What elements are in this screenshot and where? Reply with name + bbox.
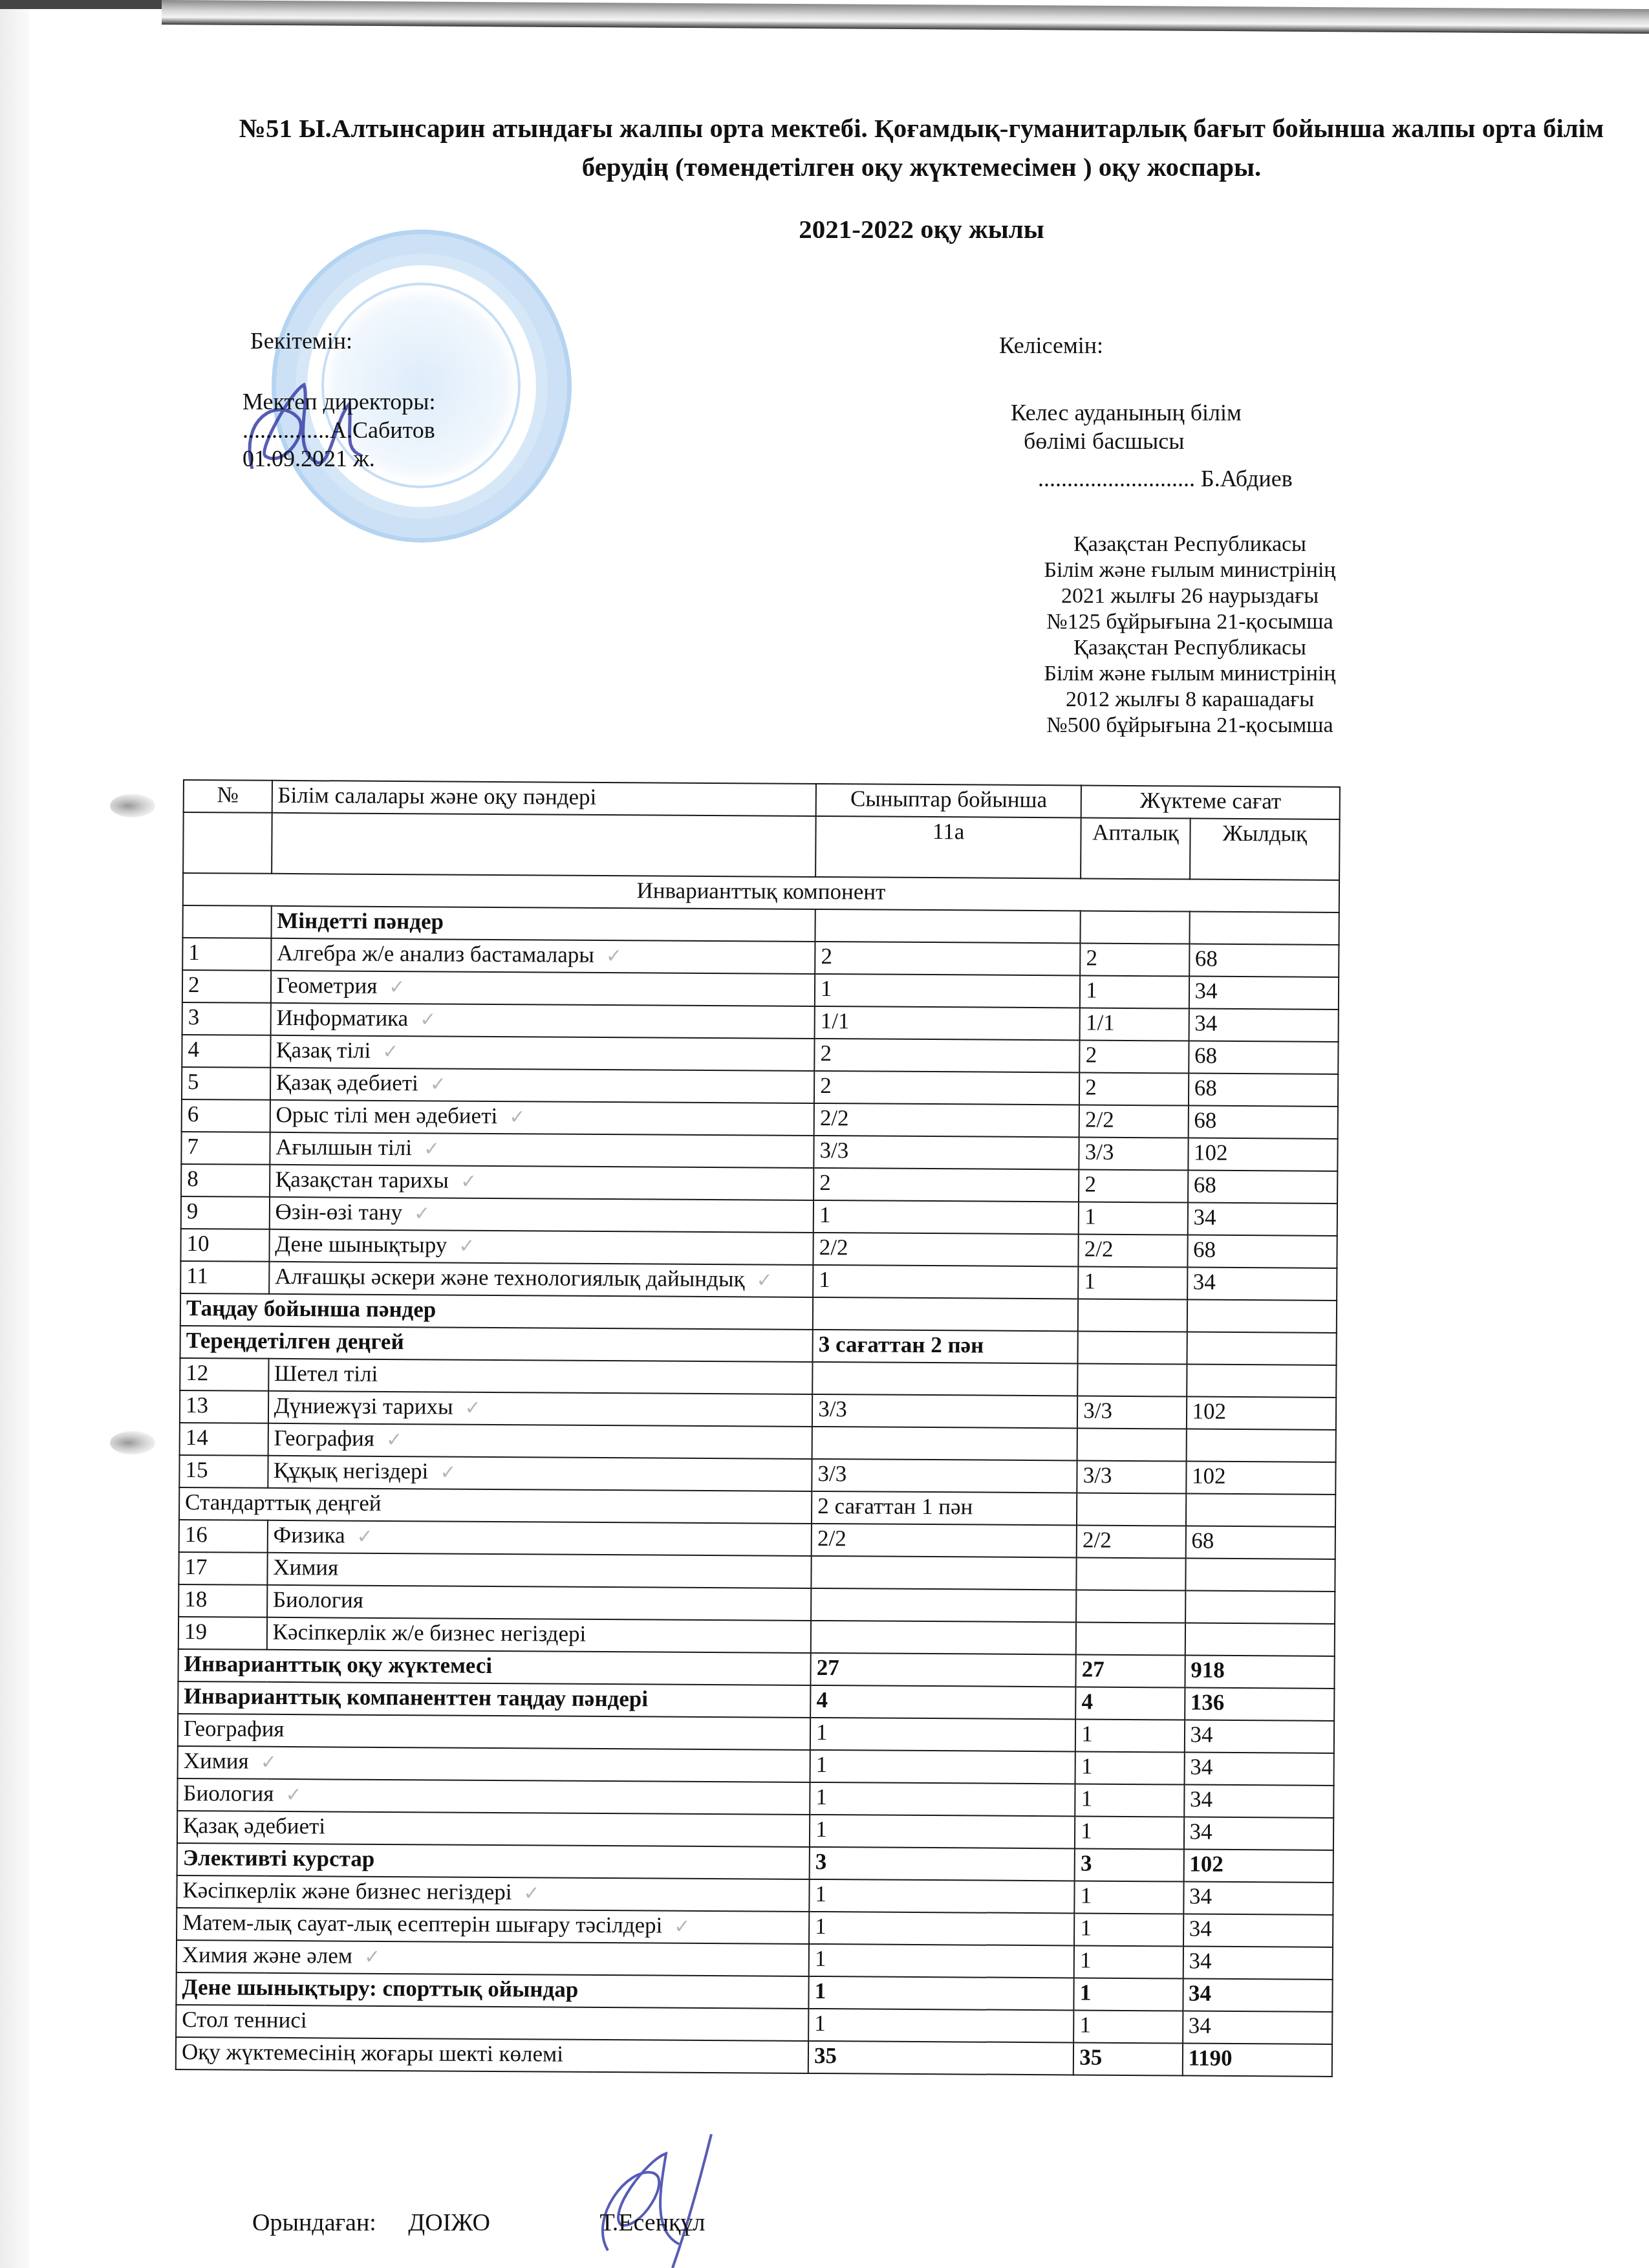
subject-label: Элективті курстар: [183, 1845, 375, 1872]
subject-label: Биология: [273, 1587, 363, 1613]
class-hours: 1: [814, 1200, 1079, 1235]
header-subject: Білім салалары және оқу пәндері: [272, 781, 816, 816]
check-mark-icon: ✓: [460, 1171, 477, 1193]
subject-name: Қазақ әдебиеті✓: [270, 1068, 815, 1103]
yearly-hours: [1186, 1429, 1336, 1462]
weekly-hours: 1/1: [1080, 1008, 1189, 1041]
subject-label: Биология: [183, 1780, 274, 1806]
subject-name: Элективті курстар: [177, 1843, 810, 1879]
class-hours: 1: [809, 1879, 1074, 1914]
class-hours: [812, 1427, 1077, 1461]
check-mark-icon: ✓: [606, 945, 622, 967]
weekly-hours: 2/2: [1077, 1525, 1186, 1558]
subject-label: Кәсіпкерлік және бизнес негіздері: [182, 1877, 512, 1905]
class-hours: [813, 1297, 1078, 1332]
yearly-hours: [1189, 912, 1339, 945]
subject-label: Информатика: [276, 1005, 408, 1031]
check-mark-icon: ✓: [424, 1138, 440, 1160]
subject-name: Дене шынықтыру: спорттық ойындар: [176, 1972, 808, 2009]
check-mark-icon: ✓: [509, 1106, 525, 1129]
subject-name: География✓: [268, 1423, 812, 1459]
subject-name: Қазақ тілі✓: [270, 1035, 815, 1071]
subject-name: Дене шынықтыру✓: [269, 1229, 814, 1265]
header-load-hours: Жүктеме сағат: [1081, 785, 1340, 819]
subject-name: Стандарттық деңгей: [179, 1487, 812, 1524]
subject-name: Алгебра ж/е анализ бастамалары✓: [271, 938, 815, 974]
class-hours: 2/2: [814, 1103, 1079, 1138]
class-hours: 2: [814, 1168, 1079, 1202]
group-heading: Міндетті пәндер: [271, 906, 815, 942]
subject-name: Информатика✓: [270, 1003, 815, 1039]
weekly-hours: [1077, 1493, 1186, 1526]
subject-label: Оқу жүктемесінің жоғары шекті көлемі: [182, 2039, 563, 2067]
yearly-hours: 68: [1187, 1235, 1337, 1268]
row-number: 18: [178, 1584, 267, 1617]
executor-label: Орындаған:: [252, 2209, 376, 2237]
yearly-hours: 34: [1187, 1268, 1337, 1301]
check-mark-icon: ✓: [430, 1073, 446, 1096]
class-hours: 2: [814, 1039, 1079, 1073]
check-mark-icon: ✓: [524, 1882, 540, 1905]
row-number: 9: [181, 1196, 270, 1229]
subject-label: Дене шынықтыру: спорттық ойындар: [182, 1974, 578, 2002]
class-hours: [811, 1588, 1076, 1623]
yearly-hours: 68: [1189, 1041, 1339, 1074]
header-class-name: 11а: [815, 816, 1081, 879]
yearly-hours: 34: [1183, 1914, 1333, 1947]
yearly-hours: [1187, 1332, 1337, 1365]
yearly-hours: 34: [1184, 1784, 1334, 1817]
weekly-hours: 1: [1074, 1978, 1183, 2011]
weekly-hours: 27: [1076, 1654, 1185, 1687]
row-number: 2: [182, 970, 271, 1003]
subject-name: Химия: [267, 1553, 812, 1588]
subject-name: Геометрия✓: [271, 971, 815, 1006]
yearly-hours: [1187, 1299, 1337, 1332]
yearly-hours: 34: [1184, 1752, 1334, 1785]
row-number: 1: [182, 938, 271, 971]
subject-label: География: [274, 1425, 374, 1451]
subject-label: Химия: [184, 1748, 249, 1774]
yearly-hours: 102: [1186, 1461, 1336, 1494]
class-hours: 3 сағаттан 2 пән: [813, 1330, 1078, 1364]
subject-name: Кәсіпкерлік және бизнес негіздері✓: [177, 1875, 809, 1912]
weekly-hours: [1077, 1428, 1187, 1461]
row-number: 17: [178, 1552, 267, 1585]
subject-label: Химия және әлем: [182, 1942, 352, 1969]
subject-label: Таңдау бойынша пәндер: [186, 1295, 436, 1322]
yearly-hours: 34: [1183, 1978, 1333, 2011]
class-hours: 1: [809, 1912, 1074, 1946]
subject-label: Инварианттық компаненттен таңдау пәндері: [184, 1683, 648, 1711]
approval-label: Бекітемін:: [250, 327, 436, 355]
subject-label: Инварианттық оқу жүктемесі: [184, 1651, 493, 1678]
row-number: 16: [179, 1520, 268, 1553]
class-hours: 3/3: [812, 1394, 1077, 1429]
subject-name: Қазақ әдебиеті: [177, 1811, 810, 1847]
weekly-hours: 2: [1079, 1169, 1188, 1202]
subject-name: Инварианттық оқу жүктемесі: [178, 1649, 810, 1685]
class-hours: 1: [810, 1718, 1075, 1752]
subject-name: Химия✓: [178, 1746, 810, 1782]
check-mark-icon: ✓: [440, 1461, 456, 1484]
weekly-hours: 3/3: [1077, 1396, 1187, 1429]
subject-label: Өзін-өзі тану: [275, 1199, 403, 1225]
weekly-hours: 3/3: [1077, 1460, 1187, 1493]
row-number: 8: [181, 1164, 270, 1197]
header-no: №: [184, 780, 272, 813]
weekly-hours: [1076, 1590, 1185, 1623]
agreement-signatory: ........................... Б.Абдиев: [1038, 464, 1293, 493]
row-number: 19: [178, 1617, 267, 1650]
subject-name: Биология✓: [177, 1778, 810, 1815]
row-number: 7: [181, 1132, 270, 1165]
subject-name: География: [178, 1714, 810, 1750]
class-hours: [815, 909, 1081, 944]
check-mark-icon: ✓: [458, 1235, 475, 1258]
subject-label: Кәсіпкерлік ж/е бизнес негіздері: [273, 1619, 587, 1647]
subject-label: Қазақ әдебиеті: [276, 1070, 418, 1096]
class-hours: 2: [815, 942, 1080, 976]
annex-line: Қазақстан Республикасы: [944, 532, 1436, 557]
yearly-hours: 68: [1189, 1074, 1339, 1107]
row-number: 13: [180, 1390, 268, 1423]
subject-label: География: [184, 1716, 285, 1742]
header-by-class: Сыныптар бойынша: [816, 784, 1081, 818]
class-hours: 1: [809, 1976, 1074, 2011]
subject-name: Өзін-өзі тану✓: [269, 1197, 814, 1233]
weekly-hours: [1078, 1299, 1187, 1332]
header-empty: [272, 813, 816, 877]
subject-label: Ағылшын тілі: [275, 1134, 412, 1160]
yearly-hours: 34: [1183, 1881, 1333, 1914]
class-hours: 4: [810, 1685, 1075, 1720]
curriculum-table: № Білім салалары және оқу пәндері Сыныпт…: [175, 779, 1341, 2077]
agreement-position-line2: бөлімі басшысы: [1024, 427, 1293, 455]
scan-edge-left: [0, 0, 29, 2268]
subject-label: Стол теннисі: [182, 2007, 307, 2033]
scan-edge-top: [162, 0, 1649, 34]
class-hours: 1: [810, 1750, 1075, 1784]
subject-label: Құқық негіздері: [274, 1458, 428, 1484]
weekly-hours: 1: [1075, 1816, 1184, 1849]
subject-name: Матем-лық сауат-лық есептерін шығару тәс…: [177, 1908, 809, 1944]
class-hours: 2: [814, 1071, 1079, 1105]
approval-block: Бекітемін: Мектеп директоры: ...........…: [242, 327, 436, 473]
subject-name: Алғашқы әскери және технологиялық дайынд…: [269, 1262, 814, 1297]
row-number: 10: [180, 1229, 269, 1262]
check-mark-icon: ✓: [414, 1202, 430, 1225]
row-number: [183, 905, 272, 938]
subject-label: Стандарттық деңгей: [185, 1489, 382, 1516]
class-hours: 3: [810, 1847, 1075, 1881]
weekly-hours: 2: [1080, 1040, 1189, 1073]
subject-label: Қазақстан тарихы: [275, 1167, 449, 1193]
weekly-hours: 4: [1075, 1687, 1185, 1720]
weekly-hours: 1: [1075, 1719, 1185, 1752]
subject-name: Оқу жүктемесінің жоғары шекті көлемі: [176, 2037, 808, 2073]
subject-label: Шетел тілі: [274, 1361, 378, 1387]
punch-hole-icon: [110, 1431, 155, 1454]
weekly-hours: 1: [1074, 1913, 1183, 1946]
class-hours: 1: [815, 974, 1080, 1008]
subject-label: Физика: [273, 1522, 345, 1548]
weekly-hours: 1: [1075, 1881, 1184, 1914]
subject-label: Дене шынықтыру: [275, 1231, 447, 1258]
check-mark-icon: ✓: [386, 1429, 402, 1451]
weekly-hours: 1: [1078, 1266, 1187, 1299]
yearly-hours: 68: [1189, 944, 1339, 977]
row-number: 14: [180, 1423, 268, 1456]
weekly-hours: 35: [1073, 2042, 1183, 2075]
weekly-hours: 2/2: [1079, 1234, 1188, 1267]
subject-label: Қазақ тілі: [276, 1037, 371, 1063]
punch-hole-icon: [110, 794, 155, 817]
weekly-hours: [1081, 911, 1190, 944]
executor-name: Т.Есенқұл: [599, 2209, 705, 2237]
subject-name: Дүниежүзі тарихы✓: [268, 1391, 813, 1427]
class-hours: 1: [809, 1944, 1074, 1978]
yearly-hours: 34: [1189, 1009, 1339, 1042]
subject-name: Химия және әлем✓: [177, 1940, 809, 1976]
subject-name: Биология: [267, 1585, 812, 1621]
check-mark-icon: ✓: [674, 1916, 690, 1938]
subject-name: Құқық негіздері✓: [268, 1456, 812, 1491]
annex-line: №500 бұйрығына 21-қосымша: [944, 713, 1436, 739]
executor-role: ДОІЖО: [408, 2209, 490, 2237]
executor-line: Орындаған: ДОІЖО Т.Есенқұл: [252, 2209, 706, 2237]
table-row: Оқу жүктемесінің жоғары шекті көлемі3535…: [176, 2037, 1332, 2077]
subject-name: Тереңдетілген деңгей: [180, 1326, 813, 1362]
row-number: 4: [182, 1035, 270, 1068]
weekly-hours: [1078, 1363, 1187, 1396]
check-mark-icon: ✓: [364, 1946, 380, 1969]
check-mark-icon: ✓: [285, 1784, 301, 1806]
yearly-hours: 34: [1187, 1203, 1337, 1236]
subject-label: Алгебра ж/е анализ бастамалары: [277, 940, 594, 967]
yearly-hours: 918: [1185, 1655, 1335, 1688]
weekly-hours: 2: [1080, 943, 1189, 976]
table-subheader-row: 11а Апталық Жылдық: [183, 812, 1340, 880]
class-hours: 1: [808, 2009, 1073, 2043]
yearly-hours: 68: [1188, 1106, 1338, 1139]
annex-reference: Қазақстан Республикасы Білім және ғылым …: [944, 532, 1436, 739]
approval-signatory: ...............А.Сабитов: [242, 416, 436, 444]
subject-label: Алғашқы әскери және технологиялық дайынд…: [275, 1264, 745, 1291]
weekly-hours: [1076, 1622, 1185, 1655]
yearly-hours: 1190: [1182, 2043, 1332, 2076]
approval-position: Мектеп директоры:: [242, 387, 436, 416]
subject-name: Кәсіпкерлік ж/е бизнес негіздері: [267, 1617, 812, 1653]
class-hours: 2 сағаттан 1 пән: [812, 1491, 1077, 1526]
yearly-hours: [1185, 1623, 1335, 1656]
yearly-hours: [1185, 1558, 1335, 1591]
weekly-hours: 1: [1074, 1945, 1183, 1978]
yearly-hours: 68: [1185, 1526, 1335, 1559]
subject-name: Ағылшын тілі✓: [270, 1132, 814, 1168]
row-number: 12: [180, 1358, 268, 1391]
annex-line: Білім және ғылым министрінің: [944, 557, 1436, 583]
annex-line: 2021 жылғы 26 наурыздағы: [944, 583, 1436, 609]
yearly-hours: 68: [1188, 1171, 1338, 1204]
weekly-hours: [1078, 1331, 1187, 1364]
agreement-position-line1: Келес ауданының білім: [1011, 398, 1293, 427]
subject-label: Матем-лық сауат-лық есептерін шығару тәс…: [182, 1910, 662, 1938]
weekly-hours: 1: [1080, 975, 1189, 1008]
row-number: 3: [182, 1002, 271, 1035]
check-mark-icon: ✓: [389, 976, 405, 999]
check-mark-icon: ✓: [756, 1269, 772, 1291]
class-hours: [812, 1362, 1077, 1396]
weekly-hours: 2: [1079, 1072, 1189, 1105]
agreement-label: Келісемін:: [999, 331, 1293, 360]
class-hours: 2/2: [814, 1233, 1079, 1267]
annex-line: Білім және ғылым министрінің: [944, 661, 1436, 687]
subject-name: Орыс тілі мен әдебиеті✓: [270, 1100, 814, 1136]
class-hours: 35: [808, 2041, 1073, 2075]
header-empty: [183, 812, 272, 874]
weekly-hours: 3/3: [1079, 1137, 1189, 1170]
yearly-hours: [1185, 1590, 1335, 1623]
weekly-hours: 1: [1073, 2010, 1183, 2043]
subject-name: Қазақстан тарихы✓: [270, 1165, 814, 1200]
executor-signature-icon: [582, 2134, 737, 2268]
approval-date: 01.09.2021 ж.: [242, 444, 436, 473]
yearly-hours: 34: [1184, 1817, 1334, 1850]
class-hours: 27: [811, 1653, 1076, 1687]
class-hours: [812, 1556, 1077, 1590]
yearly-hours: [1187, 1364, 1337, 1397]
weekly-hours: 3: [1075, 1848, 1184, 1881]
class-hours: 1/1: [815, 1006, 1080, 1041]
class-hours: 1: [810, 1782, 1075, 1817]
scan-edge-corner: [0, 0, 162, 9]
yearly-hours: [1186, 1493, 1336, 1526]
weekly-hours: 1: [1075, 1751, 1185, 1784]
class-hours: 2/2: [812, 1524, 1077, 1558]
class-hours: 3/3: [814, 1136, 1079, 1170]
check-mark-icon: ✓: [261, 1751, 277, 1774]
weekly-hours: 2/2: [1079, 1105, 1189, 1138]
subject-label: Геометрия: [277, 973, 378, 999]
class-hours: 3/3: [812, 1459, 1077, 1493]
agreement-block: Келісемін: Келес ауданының білім бөлімі …: [999, 331, 1293, 493]
row-number: 5: [182, 1067, 270, 1100]
subject-name: Стол теннисі: [176, 2005, 808, 2041]
class-hours: 1: [810, 1815, 1075, 1849]
weekly-hours: [1077, 1557, 1186, 1590]
yearly-hours: 102: [1186, 1396, 1336, 1429]
check-mark-icon: ✓: [465, 1397, 481, 1420]
header-weekly: Апталық: [1081, 817, 1190, 879]
yearly-hours: 102: [1188, 1138, 1338, 1171]
annex-line: Қазақстан Республикасы: [944, 635, 1436, 661]
subject-label: Дүниежүзі тарихы: [274, 1393, 453, 1420]
annex-line: 2012 жылғы 8 карашадағы: [944, 687, 1436, 713]
yearly-hours: 136: [1185, 1687, 1335, 1720]
class-hours: [811, 1621, 1076, 1655]
subject-name: Инварианттық компаненттен таңдау пәндері: [178, 1681, 810, 1718]
weekly-hours: 1: [1079, 1202, 1188, 1235]
subject-name: Таңдау бойынша пәндер: [180, 1293, 813, 1330]
subject-name: Физика✓: [267, 1520, 812, 1556]
document-title: №51 Ы.Алтынсарин атындағы жалпы орта мек…: [194, 109, 1649, 186]
annex-line: №125 бұйрығына 21-қосымша: [944, 609, 1436, 635]
check-mark-icon: ✓: [420, 1008, 436, 1031]
check-mark-icon: ✓: [382, 1041, 398, 1063]
row-number: 11: [180, 1261, 269, 1294]
subject-label: Қазақ әдебиеті: [183, 1813, 325, 1839]
subject-label: Орыс тілі мен әдебиеті: [275, 1102, 497, 1129]
subject-name: Шетел тілі: [268, 1359, 813, 1394]
yearly-hours: 34: [1183, 2011, 1333, 2044]
subject-label: Тереңдетілген деңгей: [186, 1328, 404, 1354]
yearly-hours: 34: [1183, 1946, 1333, 1979]
yearly-hours: 34: [1189, 977, 1339, 1010]
class-hours: 1: [813, 1265, 1078, 1299]
yearly-hours: 102: [1183, 1849, 1333, 1882]
row-number: 6: [182, 1099, 270, 1132]
weekly-hours: 1: [1075, 1784, 1185, 1817]
row-number: 15: [179, 1455, 268, 1488]
subject-label: Химия: [273, 1555, 338, 1581]
header-yearly: Жылдық: [1190, 819, 1340, 880]
yearly-hours: 34: [1184, 1720, 1334, 1753]
check-mark-icon: ✓: [356, 1526, 372, 1548]
